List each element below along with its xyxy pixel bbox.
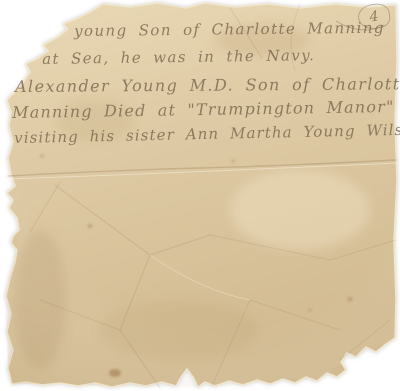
paper-scan xyxy=(0,0,400,391)
scan-background: young Son of Charlotte Manning at Sea, h… xyxy=(0,0,400,391)
page-number: 4 xyxy=(369,8,380,25)
